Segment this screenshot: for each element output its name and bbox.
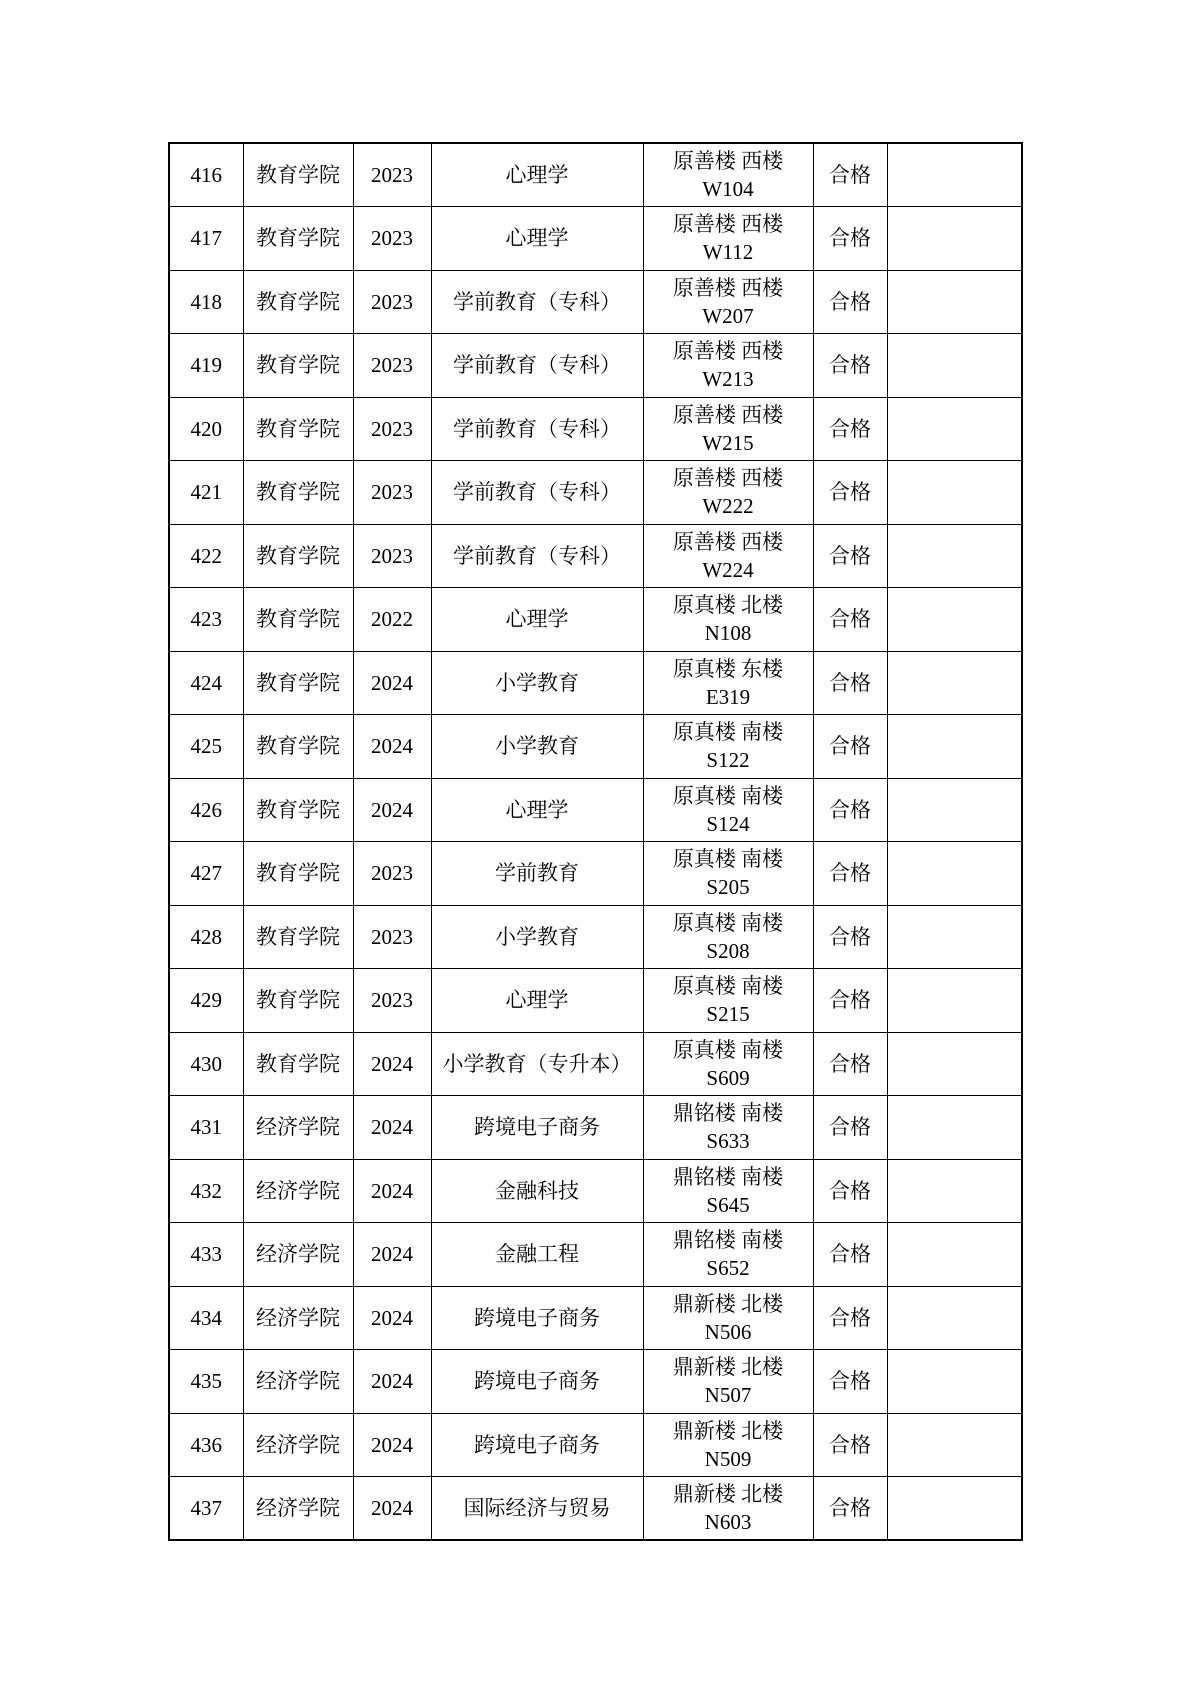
table-row: 431 经济学院 2024 跨境电子商务 鼎铭楼 南楼 S633 合格 <box>169 1096 1022 1160</box>
result-cell: 合格 <box>813 270 887 334</box>
college-cell: 教育学院 <box>243 651 353 715</box>
major-cell: 小学教育 <box>431 651 643 715</box>
major-cell: 学前教育 <box>431 842 643 906</box>
row-index-cell: 431 <box>169 1096 243 1160</box>
location-cell: 鼎新楼 北楼 N507 <box>643 1350 813 1414</box>
college-cell: 教育学院 <box>243 588 353 652</box>
note-cell <box>887 651 1022 715</box>
table-row: 420 教育学院 2023 学前教育（专科） 原善楼 西楼 W215 合格 <box>169 397 1022 461</box>
location-cell: 鼎新楼 北楼 N506 <box>643 1286 813 1350</box>
location-room: S208 <box>646 937 811 965</box>
location-room: W104 <box>646 175 811 203</box>
row-index-cell: 421 <box>169 461 243 525</box>
result-cell: 合格 <box>813 524 887 588</box>
note-cell <box>887 1159 1022 1223</box>
result-cell: 合格 <box>813 1350 887 1414</box>
note-cell <box>887 1350 1022 1414</box>
year-cell: 2023 <box>353 397 431 461</box>
year-cell: 2023 <box>353 334 431 398</box>
result-cell: 合格 <box>813 1223 887 1287</box>
location-room: W224 <box>646 556 811 584</box>
college-cell: 经济学院 <box>243 1286 353 1350</box>
college-cell: 经济学院 <box>243 1477 353 1541</box>
document-page: 416 教育学院 2023 心理学 原善楼 西楼 W104 合格 417 教育学… <box>0 0 1191 1684</box>
row-index-cell: 423 <box>169 588 243 652</box>
college-cell: 经济学院 <box>243 1413 353 1477</box>
row-index-cell: 418 <box>169 270 243 334</box>
location-cell: 原真楼 北楼 N108 <box>643 588 813 652</box>
row-index-cell: 432 <box>169 1159 243 1223</box>
location-building: 鼎铭楼 南楼 <box>646 1099 811 1127</box>
location-building: 鼎新楼 北楼 <box>646 1290 811 1318</box>
row-index-cell: 425 <box>169 715 243 779</box>
row-index-cell: 417 <box>169 207 243 271</box>
row-index-cell: 437 <box>169 1477 243 1541</box>
location-room: W215 <box>646 429 811 457</box>
location-building: 原善楼 西楼 <box>646 337 811 365</box>
location-building: 原真楼 南楼 <box>646 909 811 937</box>
location-cell: 原善楼 西楼 W104 <box>643 143 813 207</box>
college-cell: 教育学院 <box>243 461 353 525</box>
college-cell: 教育学院 <box>243 397 353 461</box>
location-cell: 鼎铭楼 南楼 S652 <box>643 1223 813 1287</box>
location-cell: 原真楼 南楼 S208 <box>643 905 813 969</box>
location-room: W222 <box>646 492 811 520</box>
note-cell <box>887 334 1022 398</box>
year-cell: 2024 <box>353 715 431 779</box>
row-index-cell: 422 <box>169 524 243 588</box>
college-cell: 教育学院 <box>243 778 353 842</box>
year-cell: 2023 <box>353 969 431 1033</box>
major-cell: 跨境电子商务 <box>431 1350 643 1414</box>
location-room: W213 <box>646 365 811 393</box>
note-cell <box>887 1413 1022 1477</box>
result-cell: 合格 <box>813 715 887 779</box>
location-building: 原善楼 西楼 <box>646 210 811 238</box>
year-cell: 2024 <box>353 1477 431 1541</box>
table-container: 416 教育学院 2023 心理学 原善楼 西楼 W104 合格 417 教育学… <box>168 142 1023 1541</box>
college-cell: 经济学院 <box>243 1096 353 1160</box>
location-cell: 原善楼 西楼 W213 <box>643 334 813 398</box>
year-cell: 2023 <box>353 207 431 271</box>
row-index-cell: 428 <box>169 905 243 969</box>
year-cell: 2024 <box>353 651 431 715</box>
major-cell: 心理学 <box>431 588 643 652</box>
note-cell <box>887 1096 1022 1160</box>
row-index-cell: 430 <box>169 1032 243 1096</box>
result-cell: 合格 <box>813 1096 887 1160</box>
table-row: 427 教育学院 2023 学前教育 原真楼 南楼 S205 合格 <box>169 842 1022 906</box>
location-building: 原真楼 南楼 <box>646 845 811 873</box>
location-cell: 原真楼 南楼 S122 <box>643 715 813 779</box>
table-row: 429 教育学院 2023 心理学 原真楼 南楼 S215 合格 <box>169 969 1022 1033</box>
major-cell: 跨境电子商务 <box>431 1413 643 1477</box>
location-cell: 鼎铭楼 南楼 S633 <box>643 1096 813 1160</box>
college-cell: 经济学院 <box>243 1350 353 1414</box>
table-row: 432 经济学院 2024 金融科技 鼎铭楼 南楼 S645 合格 <box>169 1159 1022 1223</box>
location-room: S652 <box>646 1254 811 1282</box>
major-cell: 小学教育 <box>431 905 643 969</box>
college-cell: 教育学院 <box>243 969 353 1033</box>
table-row: 430 教育学院 2024 小学教育（专升本） 原真楼 南楼 S609 合格 <box>169 1032 1022 1096</box>
table-row: 417 教育学院 2023 心理学 原善楼 西楼 W112 合格 <box>169 207 1022 271</box>
note-cell <box>887 143 1022 207</box>
location-cell: 鼎铭楼 南楼 S645 <box>643 1159 813 1223</box>
table-row: 423 教育学院 2022 心理学 原真楼 北楼 N108 合格 <box>169 588 1022 652</box>
location-room: S124 <box>646 810 811 838</box>
location-building: 原善楼 西楼 <box>646 464 811 492</box>
table-row: 422 教育学院 2023 学前教育（专科） 原善楼 西楼 W224 合格 <box>169 524 1022 588</box>
location-building: 原善楼 西楼 <box>646 274 811 302</box>
row-index-cell: 427 <box>169 842 243 906</box>
note-cell <box>887 207 1022 271</box>
year-cell: 2023 <box>353 842 431 906</box>
year-cell: 2024 <box>353 1413 431 1477</box>
note-cell <box>887 1286 1022 1350</box>
note-cell <box>887 397 1022 461</box>
result-cell: 合格 <box>813 1413 887 1477</box>
table-row: 424 教育学院 2024 小学教育 原真楼 东楼 E319 合格 <box>169 651 1022 715</box>
note-cell <box>887 1223 1022 1287</box>
row-index-cell: 416 <box>169 143 243 207</box>
location-cell: 原真楼 南楼 S609 <box>643 1032 813 1096</box>
result-cell: 合格 <box>813 1477 887 1541</box>
result-cell: 合格 <box>813 778 887 842</box>
location-building: 原真楼 南楼 <box>646 972 811 1000</box>
result-cell: 合格 <box>813 461 887 525</box>
note-cell <box>887 1477 1022 1541</box>
location-room: N509 <box>646 1445 811 1473</box>
table-row: 426 教育学院 2024 心理学 原真楼 南楼 S124 合格 <box>169 778 1022 842</box>
major-cell: 金融工程 <box>431 1223 643 1287</box>
result-cell: 合格 <box>813 651 887 715</box>
year-cell: 2024 <box>353 1159 431 1223</box>
table-row: 435 经济学院 2024 跨境电子商务 鼎新楼 北楼 N507 合格 <box>169 1350 1022 1414</box>
location-room: N603 <box>646 1508 811 1536</box>
location-room: N108 <box>646 619 811 647</box>
row-index-cell: 434 <box>169 1286 243 1350</box>
row-index-cell: 426 <box>169 778 243 842</box>
major-cell: 学前教育（专科） <box>431 461 643 525</box>
college-cell: 教育学院 <box>243 270 353 334</box>
table-row: 425 教育学院 2024 小学教育 原真楼 南楼 S122 合格 <box>169 715 1022 779</box>
major-cell: 小学教育 <box>431 715 643 779</box>
location-building: 鼎新楼 北楼 <box>646 1417 811 1445</box>
location-cell: 原真楼 南楼 S124 <box>643 778 813 842</box>
location-cell: 原善楼 西楼 W215 <box>643 397 813 461</box>
location-cell: 鼎新楼 北楼 N603 <box>643 1477 813 1541</box>
location-building: 原真楼 东楼 <box>646 655 811 683</box>
row-index-cell: 436 <box>169 1413 243 1477</box>
college-cell: 经济学院 <box>243 1159 353 1223</box>
major-cell: 心理学 <box>431 207 643 271</box>
college-cell: 教育学院 <box>243 905 353 969</box>
result-cell: 合格 <box>813 334 887 398</box>
location-cell: 原善楼 西楼 W222 <box>643 461 813 525</box>
year-cell: 2024 <box>353 1032 431 1096</box>
college-cell: 教育学院 <box>243 715 353 779</box>
major-cell: 金融科技 <box>431 1159 643 1223</box>
year-cell: 2023 <box>353 270 431 334</box>
location-cell: 原真楼 东楼 E319 <box>643 651 813 715</box>
table-body: 416 教育学院 2023 心理学 原善楼 西楼 W104 合格 417 教育学… <box>169 143 1022 1540</box>
location-room: S122 <box>646 746 811 774</box>
college-cell: 教育学院 <box>243 524 353 588</box>
year-cell: 2023 <box>353 905 431 969</box>
row-index-cell: 429 <box>169 969 243 1033</box>
location-building: 原真楼 南楼 <box>646 718 811 746</box>
location-cell: 原善楼 西楼 W207 <box>643 270 813 334</box>
note-cell <box>887 270 1022 334</box>
table-row: 436 经济学院 2024 跨境电子商务 鼎新楼 北楼 N509 合格 <box>169 1413 1022 1477</box>
location-building: 鼎新楼 北楼 <box>646 1480 811 1508</box>
location-cell: 鼎新楼 北楼 N509 <box>643 1413 813 1477</box>
year-cell: 2022 <box>353 588 431 652</box>
result-cell: 合格 <box>813 969 887 1033</box>
location-cell: 原善楼 西楼 W224 <box>643 524 813 588</box>
college-cell: 教育学院 <box>243 207 353 271</box>
note-cell <box>887 588 1022 652</box>
note-cell <box>887 715 1022 779</box>
result-cell: 合格 <box>813 397 887 461</box>
note-cell <box>887 778 1022 842</box>
note-cell <box>887 905 1022 969</box>
college-cell: 教育学院 <box>243 334 353 398</box>
location-building: 鼎铭楼 南楼 <box>646 1163 811 1191</box>
major-cell: 心理学 <box>431 778 643 842</box>
table-row: 434 经济学院 2024 跨境电子商务 鼎新楼 北楼 N506 合格 <box>169 1286 1022 1350</box>
major-cell: 跨境电子商务 <box>431 1286 643 1350</box>
note-cell <box>887 524 1022 588</box>
result-cell: 合格 <box>813 1286 887 1350</box>
major-cell: 学前教育（专科） <box>431 524 643 588</box>
major-cell: 国际经济与贸易 <box>431 1477 643 1541</box>
location-building: 原真楼 北楼 <box>646 591 811 619</box>
table-row: 416 教育学院 2023 心理学 原善楼 西楼 W104 合格 <box>169 143 1022 207</box>
result-cell: 合格 <box>813 588 887 652</box>
location-room: W112 <box>646 238 811 266</box>
location-room: W207 <box>646 302 811 330</box>
result-cell: 合格 <box>813 905 887 969</box>
location-room: S645 <box>646 1191 811 1219</box>
college-cell: 教育学院 <box>243 842 353 906</box>
location-building: 原真楼 南楼 <box>646 782 811 810</box>
table-row: 421 教育学院 2023 学前教育（专科） 原善楼 西楼 W222 合格 <box>169 461 1022 525</box>
location-room: S205 <box>646 873 811 901</box>
location-room: N507 <box>646 1381 811 1409</box>
table-row: 418 教育学院 2023 学前教育（专科） 原善楼 西楼 W207 合格 <box>169 270 1022 334</box>
year-cell: 2024 <box>353 1223 431 1287</box>
result-cell: 合格 <box>813 842 887 906</box>
location-building: 鼎新楼 北楼 <box>646 1353 811 1381</box>
table-row: 428 教育学院 2023 小学教育 原真楼 南楼 S208 合格 <box>169 905 1022 969</box>
result-cell: 合格 <box>813 207 887 271</box>
location-building: 原善楼 西楼 <box>646 147 811 175</box>
note-cell <box>887 969 1022 1033</box>
location-cell: 原真楼 南楼 S215 <box>643 969 813 1033</box>
table-row: 433 经济学院 2024 金融工程 鼎铭楼 南楼 S652 合格 <box>169 1223 1022 1287</box>
row-index-cell: 419 <box>169 334 243 398</box>
location-building: 原真楼 南楼 <box>646 1036 811 1064</box>
year-cell: 2023 <box>353 143 431 207</box>
row-index-cell: 420 <box>169 397 243 461</box>
year-cell: 2024 <box>353 778 431 842</box>
year-cell: 2024 <box>353 1286 431 1350</box>
major-cell: 学前教育（专科） <box>431 270 643 334</box>
major-cell: 跨境电子商务 <box>431 1096 643 1160</box>
location-building: 原善楼 西楼 <box>646 528 811 556</box>
row-index-cell: 435 <box>169 1350 243 1414</box>
location-room: E319 <box>646 683 811 711</box>
major-cell: 心理学 <box>431 969 643 1033</box>
location-building: 鼎铭楼 南楼 <box>646 1226 811 1254</box>
note-cell <box>887 1032 1022 1096</box>
year-cell: 2024 <box>353 1350 431 1414</box>
row-index-cell: 433 <box>169 1223 243 1287</box>
location-room: N506 <box>646 1318 811 1346</box>
college-cell: 教育学院 <box>243 143 353 207</box>
major-cell: 学前教育（专科） <box>431 334 643 398</box>
college-cell: 教育学院 <box>243 1032 353 1096</box>
location-room: S609 <box>646 1064 811 1092</box>
year-cell: 2023 <box>353 524 431 588</box>
year-cell: 2023 <box>353 461 431 525</box>
major-cell: 学前教育（专科） <box>431 397 643 461</box>
location-cell: 原善楼 西楼 W112 <box>643 207 813 271</box>
location-cell: 原真楼 南楼 S205 <box>643 842 813 906</box>
result-cell: 合格 <box>813 1032 887 1096</box>
row-index-cell: 424 <box>169 651 243 715</box>
classroom-inspection-table: 416 教育学院 2023 心理学 原善楼 西楼 W104 合格 417 教育学… <box>168 142 1023 1541</box>
location-room: S215 <box>646 1000 811 1028</box>
location-building: 原善楼 西楼 <box>646 401 811 429</box>
college-cell: 经济学院 <box>243 1223 353 1287</box>
result-cell: 合格 <box>813 143 887 207</box>
major-cell: 小学教育（专升本） <box>431 1032 643 1096</box>
result-cell: 合格 <box>813 1159 887 1223</box>
note-cell <box>887 842 1022 906</box>
major-cell: 心理学 <box>431 143 643 207</box>
table-row: 437 经济学院 2024 国际经济与贸易 鼎新楼 北楼 N603 合格 <box>169 1477 1022 1541</box>
note-cell <box>887 461 1022 525</box>
year-cell: 2024 <box>353 1096 431 1160</box>
location-room: S633 <box>646 1127 811 1155</box>
table-row: 419 教育学院 2023 学前教育（专科） 原善楼 西楼 W213 合格 <box>169 334 1022 398</box>
